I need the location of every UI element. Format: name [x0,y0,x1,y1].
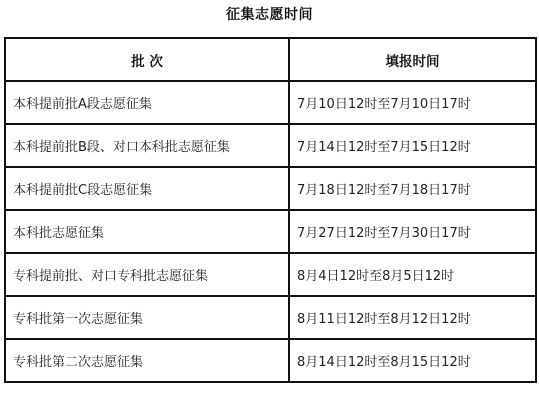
table-header-row: 批 次 填报时间 [5,38,536,81]
table-row: 专科批第二次志愿征集 8月14日12时至8月15日12时 [5,339,536,382]
table-row: 专科批第一次志愿征集 8月11日12时至8月12日12时 [5,296,536,339]
time-cell: 8月4日12时至8月5日12时 [289,253,536,296]
time-cell: 8月14日12时至8月15日12时 [289,339,536,382]
column-header-time: 填报时间 [289,38,536,81]
table-row: 本科提前批A段志愿征集 7月10日12时至7月10日17时 [5,81,536,124]
page-title: 征集志愿时间 [0,4,539,24]
table-row: 本科提前批C段志愿征集 7月18日12时至7月18日17时 [5,167,536,210]
schedule-table: 批 次 填报时间 本科提前批A段志愿征集 7月10日12时至7月10日17时 本… [4,37,537,383]
table-row: 本科提前批B段、对口本科批志愿征集 7月14日12时至7月15日12时 [5,124,536,167]
batch-cell: 本科提前批B段、对口本科批志愿征集 [5,124,289,167]
time-cell: 7月18日12时至7月18日17时 [289,167,536,210]
batch-cell: 专科批第一次志愿征集 [5,296,289,339]
batch-cell: 专科批第二次志愿征集 [5,339,289,382]
batch-cell: 本科提前批A段志愿征集 [5,81,289,124]
time-cell: 8月11日12时至8月12日12时 [289,296,536,339]
time-cell: 7月14日12时至7月15日12时 [289,124,536,167]
table-row: 专科提前批、对口专科批志愿征集 8月4日12时至8月5日12时 [5,253,536,296]
batch-cell: 专科提前批、对口专科批志愿征集 [5,253,289,296]
table-row: 本科批志愿征集 7月27日12时至7月30日17时 [5,210,536,253]
batch-cell: 本科提前批C段志愿征集 [5,167,289,210]
time-cell: 7月10日12时至7月10日17时 [289,81,536,124]
time-cell: 7月27日12时至7月30日17时 [289,210,536,253]
batch-cell: 本科批志愿征集 [5,210,289,253]
column-header-batch: 批 次 [5,38,289,81]
